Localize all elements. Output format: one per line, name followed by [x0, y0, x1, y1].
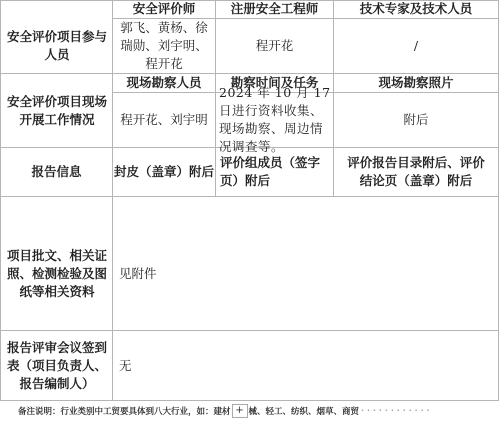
review-signin-value: 无: [113, 331, 498, 400]
report-cover-value: 封皮（盖章）附后: [113, 148, 215, 196]
technical-experts-value: /: [334, 19, 498, 73]
ellipsis-dots: ············: [361, 406, 433, 416]
footnote-text-after: 械、轻工、纺织、烟草、商贸: [249, 405, 360, 417]
row4-label: 项目批文、相关证照、检测检验及图纸等相关资料: [4, 197, 110, 330]
row5-label: 报告评审会议签到表（项目负责人、报告编制人）: [4, 331, 110, 400]
header-registered-engineer: 注册安全工程师: [216, 0, 333, 18]
row1-label: 安全评价项目参与人员: [4, 18, 110, 73]
registered-engineer-value: 程开花: [216, 19, 333, 73]
related-docs-value: 见附件: [113, 197, 498, 330]
row3-label: 报告信息: [1, 148, 112, 196]
site-photos-value: 附后: [334, 93, 498, 147]
header-safety-evaluator: 安全评价师: [113, 0, 215, 18]
safety-evaluators-value: 郭飞、黄杨、徐瑞勋、刘宇明、程开花: [116, 19, 212, 73]
row2-label: 安全评价项目现场开展工作情况: [4, 74, 110, 147]
header-site-photos: 现场勘察照片: [334, 74, 498, 92]
evaluation-members-value: 评价组成员（签字页）附后: [216, 148, 333, 196]
header-technical-experts: 技术专家及技术人员: [334, 0, 498, 18]
survey-time-task-value: 2024 年 10 月 17 日进行资料收集、现场勘察、周边情况调查等。: [216, 93, 333, 147]
report-catalog-value: 评价报告目录附后、评价结论页（盖章）附后: [334, 148, 498, 196]
footnote: 备注说明：行业类别中工贸要具体到八大行业，如：建材 + 械、轻工、纺织、烟草、商…: [18, 404, 433, 418]
footnote-text-before: 备注说明：行业类别中工贸要具体到八大行业，如：建材: [18, 405, 231, 417]
expand-button[interactable]: +: [232, 404, 248, 418]
header-site-survey-staff: 现场勘察人员: [113, 74, 215, 92]
site-survey-staff-value: 程开花、刘宇明: [113, 93, 215, 147]
